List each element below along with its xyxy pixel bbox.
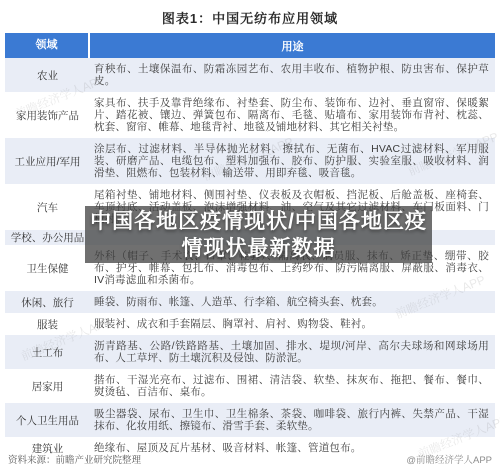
header-cell-use: 用途 xyxy=(90,38,495,54)
field-cell: 个人卫生用品 xyxy=(5,403,90,437)
table-row: 家用装饰产品 家具布、扶手及靠背绝缘布、衬垫套、防尘布、装饰布、边衬、垂直窗帘、… xyxy=(5,92,495,138)
table-row: 农业 育秧布、土壤保温布、防霜冻园艺布、农用丰收布、植物护根、防虫害布、保护草皮… xyxy=(5,58,495,92)
use-cell: 睡袋、防雨布、帐篷、人造革、行李箱、航空椅头套、枕套。 xyxy=(90,291,495,313)
use-cell: 育秧布、土壤保温布、防霜冻园艺布、农用丰收布、植物护根、防虫害布、保护草皮。 xyxy=(90,58,495,92)
overlay-banner: 中国各地区疫情现状/中国各地区疫 情现状最新数据 xyxy=(85,206,432,263)
use-cell: 服装衬、成衣和手套隔层、胸罩衬、肩衬、购物袋、鞋衬。 xyxy=(90,313,495,335)
field-cell: 汽车 xyxy=(5,184,90,230)
table-row: 工业应用/军用 涂层布、过滤材料、半导体抛光材料、擦拭布、无菌布、HVAC过滤材… xyxy=(5,138,495,184)
use-cell: 揩布、干湿光亮布、过滤布、围裙、清洁袋、软垫、抹灰布、拖把、餐布、餐巾、熨烫毡、… xyxy=(90,369,495,403)
use-cell: 涂层布、过滤材料、半导体抛光材料、擦拭布、无菌布、HVAC过滤材料、军用服装、研… xyxy=(90,138,495,184)
table-row: 个人卫生用品 吸尘器袋、尿布、卫生巾、卫生棉条、茶袋、咖啡袋、旅行内裤、失禁产品… xyxy=(5,403,495,437)
field-cell: 学校、办公用品 xyxy=(5,230,90,245)
table-row: 服装 服装衬、成衣和手套隔层、胸罩衬、肩衬、购物袋、鞋衬。 xyxy=(5,313,495,335)
footer: 资料来源：前瞻产业研究院整理 @前瞻经济学人APP xyxy=(0,452,500,466)
source-note: 资料来源：前瞻产业研究院整理 xyxy=(8,452,141,466)
field-cell: 家用装饰产品 xyxy=(5,92,90,138)
table-row: 休闲、旅行 睡袋、防雨布、帐篷、人造革、行李箱、航空椅头套、枕套。 xyxy=(5,291,495,313)
figure-title: 图表1：中国无纺布应用领域 xyxy=(0,8,500,26)
field-cell: 农业 xyxy=(5,58,90,92)
field-cell: 工业应用/军用 xyxy=(5,138,90,184)
use-cell: 吸尘器袋、尿布、卫生巾、卫生棉条、茶袋、咖啡袋、旅行内裤、失禁产品、干湿抹布、化… xyxy=(90,403,495,437)
table-row: 土工布 沥青路基、公路/铁路路基、土壤加固、排水、堤坝/河岸、高尔夫球场和网球场… xyxy=(5,335,495,369)
field-cell: 服装 xyxy=(5,313,90,335)
table-header-row: 领域 用途 xyxy=(5,33,495,58)
field-cell: 休闲、旅行 xyxy=(5,291,90,313)
field-cell: 卫生保健 xyxy=(5,245,90,291)
credit-note: @前瞻经济学人APP xyxy=(406,452,492,466)
overlay-text-line2: 情现状最新数据 xyxy=(182,235,336,262)
overlay-text-line1: 中国各地区疫情现状/中国各地区疫 xyxy=(90,208,427,235)
field-cell: 土工布 xyxy=(5,335,90,369)
figure-page: 图表1：中国无纺布应用领域 领域 用途 农业 育秧布、土壤保温布、防霜冻园艺布、… xyxy=(0,0,500,470)
field-cell: 居家用 xyxy=(5,369,90,403)
table-row: 居家用 揩布、干湿光亮布、过滤布、围裙、清洁袋、软垫、抹灰布、拖把、餐布、餐巾、… xyxy=(5,369,495,403)
header-cell-field: 领域 xyxy=(5,33,90,58)
use-cell: 家具布、扶手及靠背绝缘布、衬垫套、防尘布、装饰布、边衬、垂直窗帘、保暖絮片、踏花… xyxy=(90,92,495,138)
use-cell: 沥青路基、公路/铁路路基、土壤加固、排水、堤坝/河岸、高尔夫球场和网球场用布、人… xyxy=(90,335,495,369)
